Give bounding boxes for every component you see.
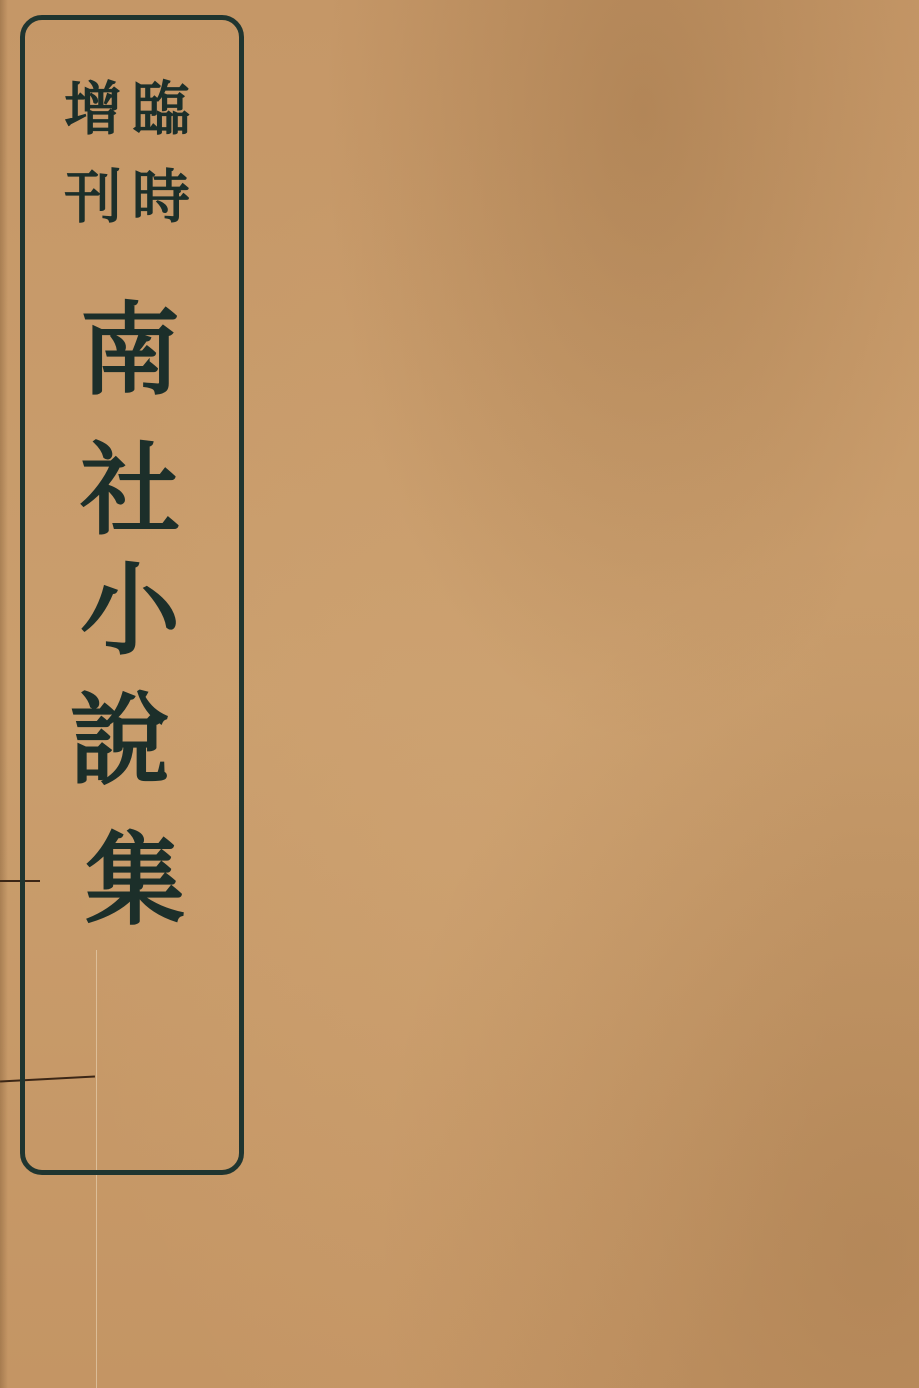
title-char: 說	[70, 690, 170, 790]
title-char: 小	[80, 560, 180, 660]
title-char: 社	[80, 440, 180, 540]
title-char: 集	[85, 830, 185, 930]
subtitle-char: 刊	[64, 168, 122, 226]
title-char: 南	[80, 300, 180, 400]
subtitle-char: 臨	[132, 80, 190, 138]
spine-edge	[0, 0, 8, 1388]
subtitle-char: 時	[132, 168, 190, 226]
subtitle-char: 增	[64, 80, 122, 138]
